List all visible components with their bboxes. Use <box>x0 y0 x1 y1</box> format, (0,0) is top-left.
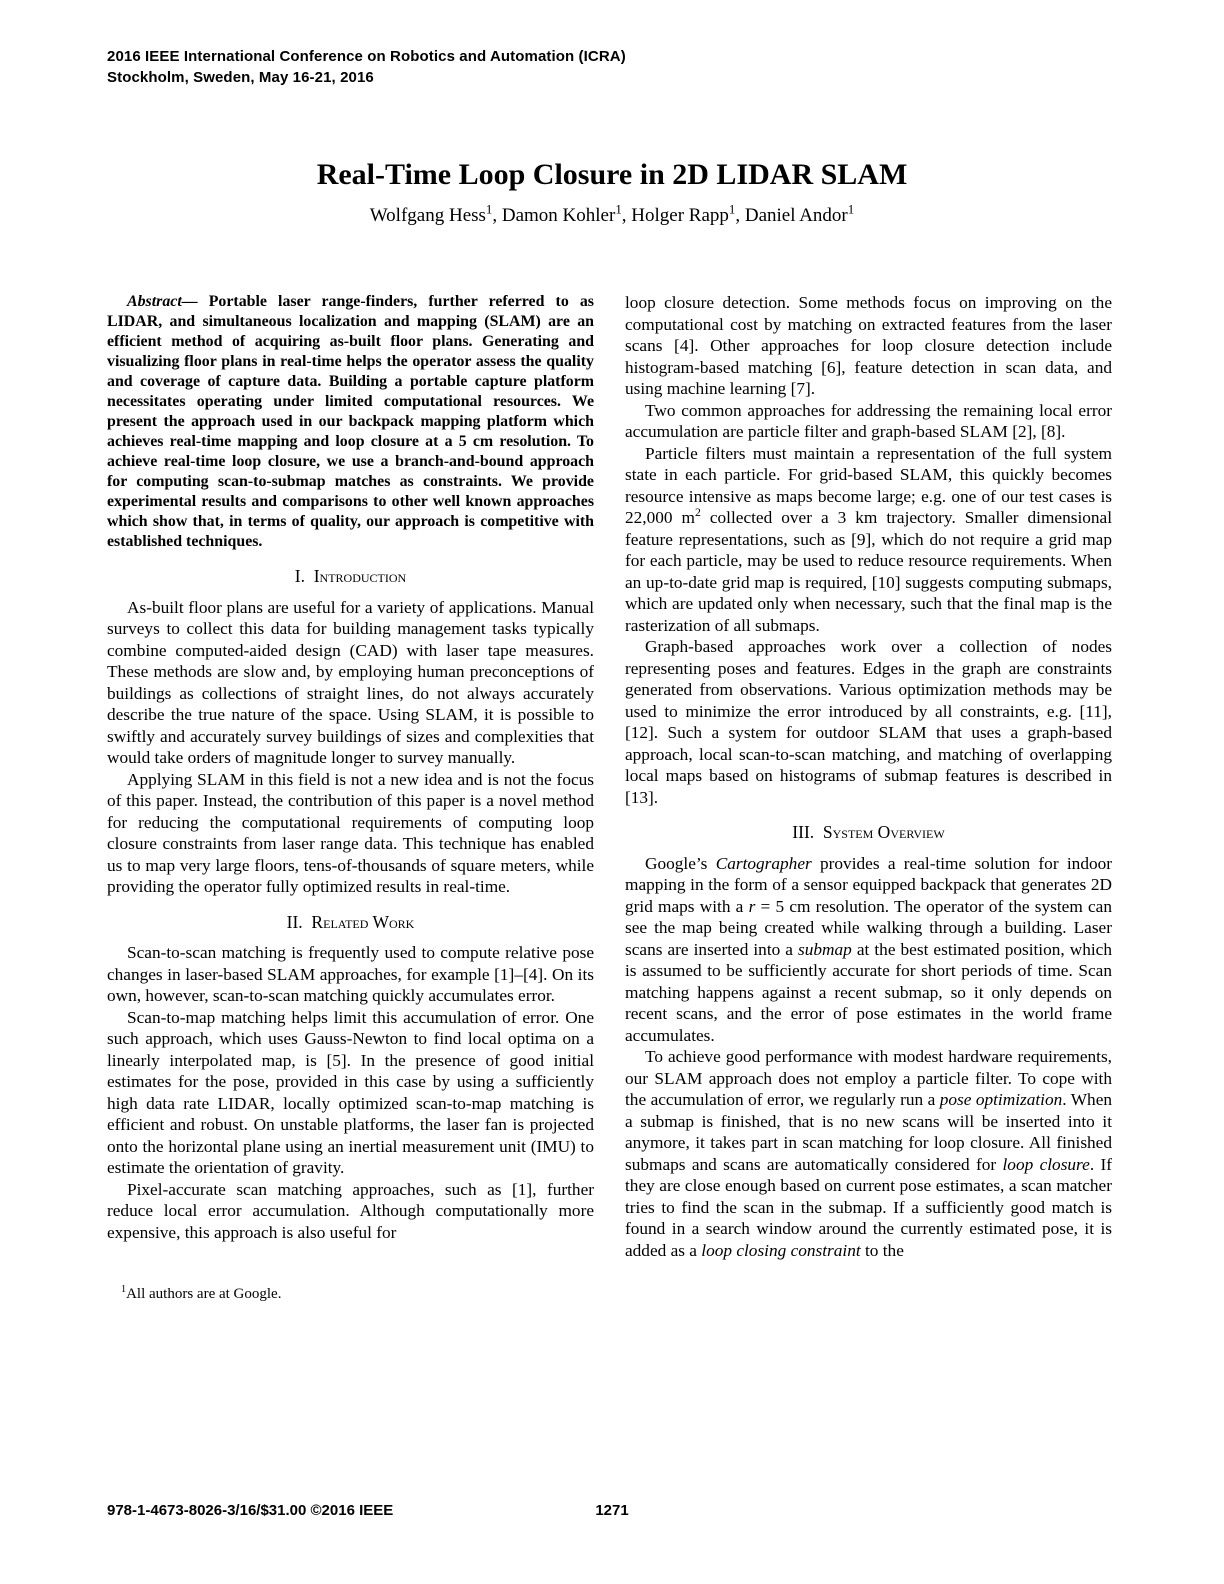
text-run: Applying SLAM in this field is not a new… <box>107 770 594 897</box>
paragraph: Applying SLAM in this field is not a new… <box>107 769 594 898</box>
text-run: loop closing constraint <box>701 1241 860 1260</box>
conference-header: 2016 IEEE International Conference on Ro… <box>107 46 626 88</box>
two-column-body: Abstract— Portable laser range-finders, … <box>107 292 1113 1304</box>
conference-location-date: Stockholm, Sweden, May 16-21, 2016 <box>107 67 626 88</box>
text-run: , Holger Rapp <box>622 205 729 226</box>
text-run: , Damon Kohler <box>492 205 615 226</box>
paragraph: Scan-to-map matching helps limit this ac… <box>107 1007 594 1179</box>
text-run: All authors are at Google. <box>126 1286 281 1302</box>
text-run: to the <box>861 1241 904 1260</box>
paragraph: Google’s Cartographer provides a real-ti… <box>625 853 1112 1047</box>
text-run: Portable laser range-finders, further re… <box>107 293 594 550</box>
text-run: Wolfgang Hess <box>370 205 486 226</box>
text-run: collected over a 3 km trajectory. Smalle… <box>625 508 1112 635</box>
text-run: III. System Overview <box>792 822 944 842</box>
conference-name: 2016 IEEE International Conference on Ro… <box>107 46 626 67</box>
right-column-content: loop closure detection. Some methods foc… <box>625 292 1112 1261</box>
paragraph: To achieve good performance with modest … <box>625 1046 1112 1261</box>
left-column-content: Abstract— Portable laser range-finders, … <box>107 292 594 1243</box>
text-run: loop closure detection. Some methods foc… <box>625 293 1112 398</box>
right-column: loop closure detection. Some methods foc… <box>625 292 1112 1304</box>
paragraph: As-built floor plans are useful for a va… <box>107 597 594 769</box>
text-run: Google’s <box>645 854 716 873</box>
page-number: 1271 <box>0 1502 1224 1519</box>
superscript: 1 <box>848 202 854 217</box>
paragraph: Scan-to-scan matching is frequently used… <box>107 942 594 1007</box>
author-line: Wolfgang Hess1, Damon Kohler1, Holger Ra… <box>0 205 1224 227</box>
text-run: Scan-to-map matching helps limit this ac… <box>107 1008 594 1178</box>
author-footnote: 1All authors are at Google. <box>107 1285 594 1304</box>
paragraph: Graph-based approaches work over a colle… <box>625 636 1112 808</box>
section-heading: I. Introduction <box>107 566 594 588</box>
text-run: Cartographer <box>716 854 812 873</box>
paper-title: Real-Time Loop Closure in 2D LIDAR SLAM <box>0 158 1224 192</box>
section-heading: II. Related Work <box>107 912 594 934</box>
text-run: Abstract— <box>127 293 209 310</box>
paragraph: loop closure detection. Some methods foc… <box>625 292 1112 400</box>
text-run: I. Introduction <box>295 566 406 586</box>
paragraph: Two common approaches for addressing the… <box>625 400 1112 443</box>
text-run: submap <box>798 940 852 959</box>
text-run: Scan-to-scan matching is frequently used… <box>107 943 594 1005</box>
paragraph: Particle filters must maintain a represe… <box>625 443 1112 637</box>
paragraph: Pixel-accurate scan matching approaches,… <box>107 1179 594 1244</box>
text-run: Two common approaches for addressing the… <box>625 401 1112 442</box>
section-heading: III. System Overview <box>625 822 1112 844</box>
text-run: As-built floor plans are useful for a va… <box>107 598 594 768</box>
text-run: pose optimization <box>940 1090 1063 1109</box>
text-run: Graph-based approaches work over a colle… <box>625 637 1112 807</box>
left-column: Abstract— Portable laser range-finders, … <box>107 292 594 1304</box>
text-run: Pixel-accurate scan matching approaches,… <box>107 1180 594 1242</box>
text-run: , Daniel Andor <box>735 205 847 226</box>
paper-page: 2016 IEEE International Conference on Ro… <box>0 0 1224 1584</box>
text-run: loop closure <box>1003 1155 1090 1174</box>
text-run: II. Related Work <box>287 912 415 932</box>
paragraph: Abstract— Portable laser range-finders, … <box>107 292 594 552</box>
